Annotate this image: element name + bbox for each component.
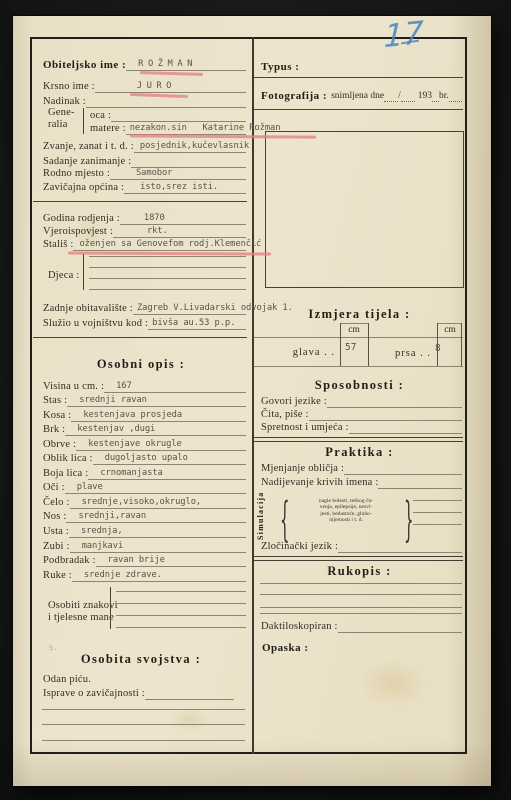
field-value: 1870	[144, 213, 165, 223]
dotted-line	[401, 91, 415, 102]
ruled-line	[116, 603, 246, 604]
description-row: Obrve : kestenjave okrugle	[43, 436, 246, 451]
field-value: kestenjav ,dugi	[77, 424, 155, 434]
unit-cell: cm	[438, 325, 462, 335]
field-disguise: Mjenjanje obličja :	[261, 462, 462, 475]
description-row: Kosa : kestenjava prosjeda	[43, 407, 246, 422]
field-mother: matere : nezakon.sin Katarine Rožman	[90, 122, 246, 135]
generalia-label-line2: ralia	[48, 119, 68, 131]
field-label: Spretnost i umjeća :	[261, 422, 349, 434]
field-line: kestenjave okrugle	[76, 438, 246, 451]
field-line: Samobor	[110, 167, 246, 180]
field-citizenship-docs: Isprave o zavičajnosti :	[43, 687, 234, 700]
field-value: kestenjava prosjeda	[83, 410, 182, 420]
table-line	[340, 323, 341, 366]
handwritten-number: 17	[383, 15, 424, 55]
handwriting-heading: Rukopis :	[252, 564, 467, 579]
ruled-line	[260, 607, 462, 608]
field-label: Kosa :	[43, 410, 71, 422]
unit-cell: cm	[342, 325, 366, 335]
field-label: Daktiloskopiran :	[261, 621, 338, 633]
field-value: manjkavi	[82, 541, 124, 551]
abilities-heading: Sposobnosti :	[252, 378, 467, 393]
field-speaks-languages: Govori jezike :	[261, 395, 462, 408]
field-value: nezakon.sin Katarine Rožman	[130, 123, 281, 133]
section-separator	[254, 109, 463, 110]
field-value: srednji ravan	[79, 395, 147, 405]
photo-text: snimljena dne	[331, 90, 384, 102]
form-paper: 17 Obiteljsko ime : ROŽMAN Krsno ime : J…	[13, 16, 491, 786]
special-marks-label-line1: Osobiti znakovi	[48, 600, 118, 612]
field-label: Zadnje obitavalište :	[43, 303, 133, 315]
addiction-note: Odan piću.	[43, 674, 91, 686]
field-line: isto,srez isti.	[124, 181, 246, 194]
field-line	[344, 462, 462, 475]
field-label: Mjenjanje obličja :	[261, 463, 344, 475]
field-label: Rodno mjesto :	[43, 168, 110, 180]
table-line	[254, 366, 463, 367]
section-separator	[254, 77, 463, 78]
field-line	[338, 540, 462, 553]
table-line	[368, 323, 369, 366]
field-value: srednji,ravan	[78, 511, 146, 521]
field-line: rkt.	[113, 225, 246, 238]
field-label: Čita, piše :	[261, 409, 309, 421]
field-label: Isprave o zavičajnosti :	[43, 688, 145, 700]
field-reads-writes: Čita, piše :	[261, 408, 462, 421]
pencil-note: 5.	[49, 644, 58, 653]
field-line: 167	[104, 380, 246, 393]
ruled-line	[260, 613, 462, 614]
field-line: plave	[65, 481, 246, 494]
field-label: Vjeroispovjest :	[43, 226, 113, 238]
description-row: Ruke : srednje zdrave.	[43, 567, 246, 582]
practice-heading: Praktika :	[252, 445, 467, 460]
table-line	[254, 337, 463, 338]
field-value: srednja,	[81, 526, 123, 536]
photo-text-year: 193	[418, 90, 432, 102]
typus-label: Typus :	[261, 61, 299, 73]
field-label: Stališ :	[43, 239, 73, 251]
ruled-line	[413, 500, 462, 501]
field-line: posjednik,kučevlasnik	[134, 140, 246, 153]
field-label: Obrve :	[43, 439, 76, 451]
field-line	[145, 687, 234, 700]
field-line: srednja,	[69, 525, 246, 538]
field-line	[327, 395, 462, 408]
field-value: oženjen sa Genovefom rodj.Klemenčić	[79, 239, 261, 249]
field-line: JURO	[95, 80, 246, 93]
description-row: Čelo : srednje,visoko,okruglo,	[43, 494, 246, 509]
field-line: oženjen sa Genovefom rodj.Klemenčić	[73, 238, 246, 251]
field-birth-year: Godina rodjenja : 1870	[43, 212, 246, 225]
ruled-line	[89, 267, 246, 268]
photo-box	[265, 131, 464, 288]
field-label: Služio u vojništvu kod :	[43, 318, 148, 330]
special-marks-bracket	[110, 587, 111, 629]
head-measure-label: glava . .	[265, 347, 335, 358]
field-label: Podbradak :	[43, 555, 96, 567]
field-label: Ruke :	[43, 570, 72, 582]
children-bracket	[83, 254, 84, 290]
field-value: posjednik,kučevlasnik	[140, 141, 249, 151]
field-line: Zagreb V.Livadarski odvojak 1.	[133, 302, 246, 315]
ruled-line	[89, 278, 246, 279]
field-family-name: Obiteljsko ime : ROŽMAN	[43, 58, 246, 71]
description-row: Visina u cm. : 167	[43, 378, 246, 393]
field-label: Nadijevanje krivih imena :	[261, 477, 378, 489]
field-label: Čelo :	[43, 497, 70, 509]
field-photograph: Fotografija : snimljena dne / 193 br.	[261, 89, 462, 102]
field-line: ravan brije	[96, 554, 246, 567]
field-criminal-language: Zločinački jezik :	[261, 540, 462, 553]
field-value: srednje,visoko,okruglo,	[82, 497, 202, 507]
field-label: Visina u cm. :	[43, 381, 104, 393]
field-line: srednji,ravan	[66, 510, 246, 523]
field-marital-status: Stališ : oženjen sa Genovefom rodj.Kleme…	[43, 238, 246, 251]
field-label: Govori jezike :	[261, 396, 327, 408]
field-line: kestenjav ,dugi	[65, 423, 246, 436]
double-separator	[254, 556, 463, 561]
chest-measure-label: prsa . .	[365, 348, 431, 359]
field-value: Zagreb V.Livadarski odvojak 1.	[137, 303, 293, 313]
description-row: Podbradak : ravan brije	[43, 553, 246, 568]
special-marks-label-line2: i tjelesne mane	[48, 612, 114, 624]
ruled-line	[116, 591, 246, 592]
field-value: srednje zdrave.	[84, 570, 162, 580]
field-last-residence: Zadnje obitavalište : Zagreb V.Livadarsk…	[43, 302, 246, 315]
field-value: 167	[116, 381, 132, 391]
field-skills: Spretnost i umjeća :	[261, 421, 462, 434]
ruled-line	[116, 627, 246, 628]
field-fingerprinted: Daktiloskopiran :	[261, 620, 462, 633]
field-father: oca :	[90, 109, 246, 122]
field-value: Samobor	[136, 168, 172, 178]
field-value: plave	[77, 482, 103, 492]
section-separator	[33, 337, 247, 338]
field-line: dugoljasto upalo	[93, 452, 246, 465]
simulation-line: nijemosti i t. d.	[289, 516, 403, 522]
chest-measure-value: 8	[435, 343, 441, 354]
double-separator	[254, 437, 463, 442]
field-label: Boja lica :	[43, 468, 88, 480]
field-label: Nos :	[43, 511, 66, 523]
field-line: bivša au.53 p.p.	[148, 317, 246, 330]
field-value: ravan brije	[108, 555, 165, 565]
field-birthplace: Rodno mjesto : Samobor	[43, 167, 246, 180]
table-line	[340, 323, 368, 324]
field-label: matere :	[90, 123, 126, 135]
ruled-line	[42, 724, 245, 725]
ruled-line	[89, 289, 246, 290]
ruled-line	[413, 524, 462, 525]
field-false-names: Nadijevanje krivih imena :	[261, 476, 462, 489]
field-line: ROŽMAN	[126, 58, 246, 71]
field-line: manjkavi	[70, 540, 246, 553]
field-label: Stas :	[43, 395, 67, 407]
field-value: rkt.	[147, 226, 168, 236]
field-line	[349, 421, 462, 434]
field-label: Zvanje, zanat i t. d. :	[43, 141, 134, 153]
description-row: Oči : plave	[43, 480, 246, 495]
field-line	[111, 109, 246, 122]
ruled-line	[260, 583, 462, 584]
description-row: Oblik lica : dugoljasto upalo	[43, 451, 246, 466]
special-traits-heading: Osobita svojstva :	[30, 652, 252, 667]
field-line: srednje zdrave.	[72, 569, 246, 582]
field-label: Obiteljsko ime :	[43, 59, 126, 71]
section-separator	[33, 201, 247, 202]
field-line: kestenjava prosjeda	[71, 409, 246, 422]
field-value: isto,srez isti.	[140, 182, 218, 192]
table-line	[437, 323, 462, 324]
field-label: Zubi :	[43, 541, 70, 553]
simulation-description: nagle bolesti, teškog ču-venja, epilepsi…	[289, 497, 403, 523]
field-value: JURO	[137, 81, 176, 91]
generalia-label-line1: Gene-	[48, 107, 75, 119]
ruled-line	[260, 594, 462, 595]
field-value: kestenjave okrugle	[88, 439, 182, 449]
field-religion: Vjeroispovjest : rkt.	[43, 225, 246, 238]
ruled-line	[42, 740, 245, 741]
head-measure-value: 57	[345, 342, 356, 353]
description-row: Nos : srednji,ravan	[43, 509, 246, 524]
field-line: nezakon.sin Katarine Rožman	[126, 122, 246, 135]
dotted-line	[432, 91, 439, 102]
description-row: Usta : srednja,	[43, 523, 246, 538]
field-occupation: Zvanje, zanat i t. d. : posjednik,kučevl…	[43, 140, 246, 153]
simulation-label: Simulacija	[256, 495, 265, 540]
description-row: Stas : srednji ravan	[43, 393, 246, 408]
description-row: Zubi : manjkavi	[43, 538, 246, 553]
field-military-service: Služio u vojništvu kod : bivša au.53 p.p…	[43, 317, 246, 330]
personal-description-heading: Osobni opis :	[30, 357, 252, 372]
simulation-block: Simulacija { nagle bolesti, teškog ču-ve…	[256, 494, 462, 541]
ruled-line	[89, 256, 246, 257]
field-children-label: Djeca :	[48, 270, 79, 282]
field-value: bivša au.53 p.p.	[152, 318, 235, 328]
dotted-line	[449, 91, 462, 102]
description-row: Boja lica : crnomanjasta	[43, 465, 246, 480]
field-value: dugoljasto upalo	[105, 453, 188, 463]
remark-heading: Opaska :	[262, 642, 309, 654]
field-label: Godina rodjenja :	[43, 213, 120, 225]
generalia-bracket	[83, 108, 84, 134]
field-label: oca :	[90, 110, 111, 122]
field-home-municipality: Zavičajna općina : isto,srez isti.	[43, 181, 246, 194]
field-line	[338, 620, 462, 633]
field-label: Oblik lica :	[43, 453, 93, 465]
column-divider	[252, 37, 254, 754]
field-line	[309, 408, 462, 421]
field-label: Oči :	[43, 482, 65, 494]
field-line: srednje,visoko,okruglo,	[70, 496, 246, 509]
field-label: Usta :	[43, 526, 69, 538]
field-label: Zločinački jezik :	[261, 541, 338, 553]
field-given-name: Krsno ime : JURO	[43, 80, 246, 93]
field-label: Krsno ime :	[43, 81, 95, 93]
ruled-line	[116, 615, 246, 616]
field-line	[86, 95, 246, 108]
field-line	[378, 476, 462, 489]
field-value: crnomanjasta	[100, 468, 162, 478]
field-value: ROŽMAN	[138, 59, 197, 69]
field-line: 1870	[120, 212, 246, 225]
photo-label: Fotografija :	[261, 90, 327, 102]
field-line: crnomanjasta	[88, 467, 246, 480]
field-label: Zavičajna općina :	[43, 182, 124, 194]
description-row: Brk : kestenjav ,dugi	[43, 422, 246, 437]
field-line: srednji ravan	[67, 394, 246, 407]
dotted-line	[384, 91, 398, 102]
ruled-line	[42, 709, 245, 710]
field-label: Brk :	[43, 424, 65, 436]
ruled-line	[413, 512, 462, 513]
photo-text-br: br.	[439, 90, 449, 102]
personal-description-rows: Visina u cm. : 167 Stas : srednji ravan …	[43, 378, 246, 582]
